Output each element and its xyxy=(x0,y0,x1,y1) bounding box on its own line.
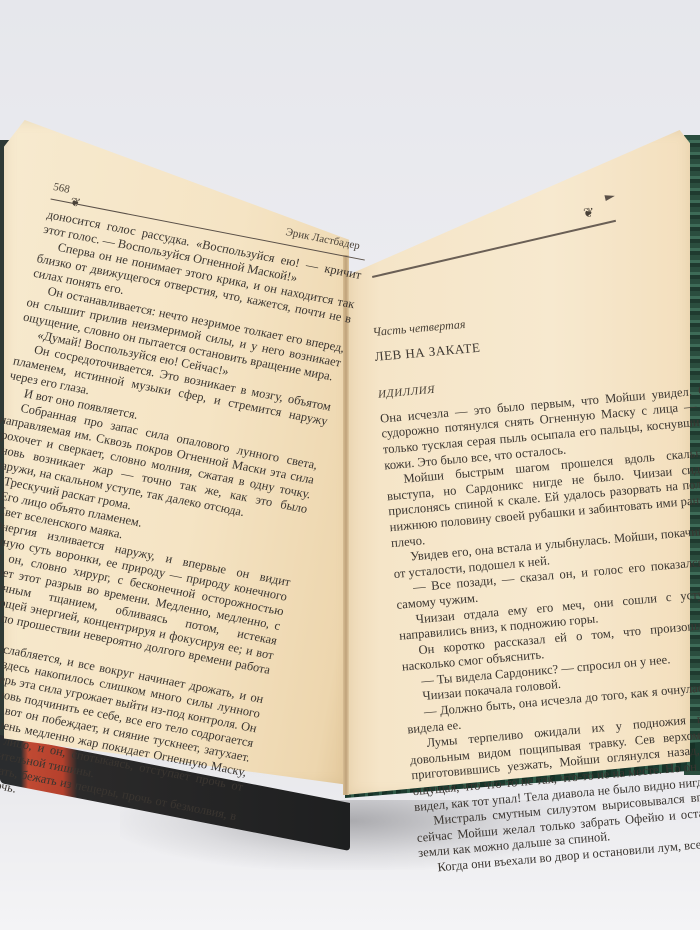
ornament-icon: ❦ xyxy=(69,195,82,212)
right-page-text: Часть четвертая ЛЕВ НА ЗАКАТЕ ИДИЛЛИЯ Он… xyxy=(372,296,700,878)
ornament-icon: ❦ xyxy=(583,205,594,221)
book-photo-scene: 568 Эрик Ластбадер ❦ доносится голос рас… xyxy=(0,0,700,930)
author-running-head: Эрик Ластбадер xyxy=(284,225,361,254)
page-number: 568 xyxy=(52,180,72,198)
